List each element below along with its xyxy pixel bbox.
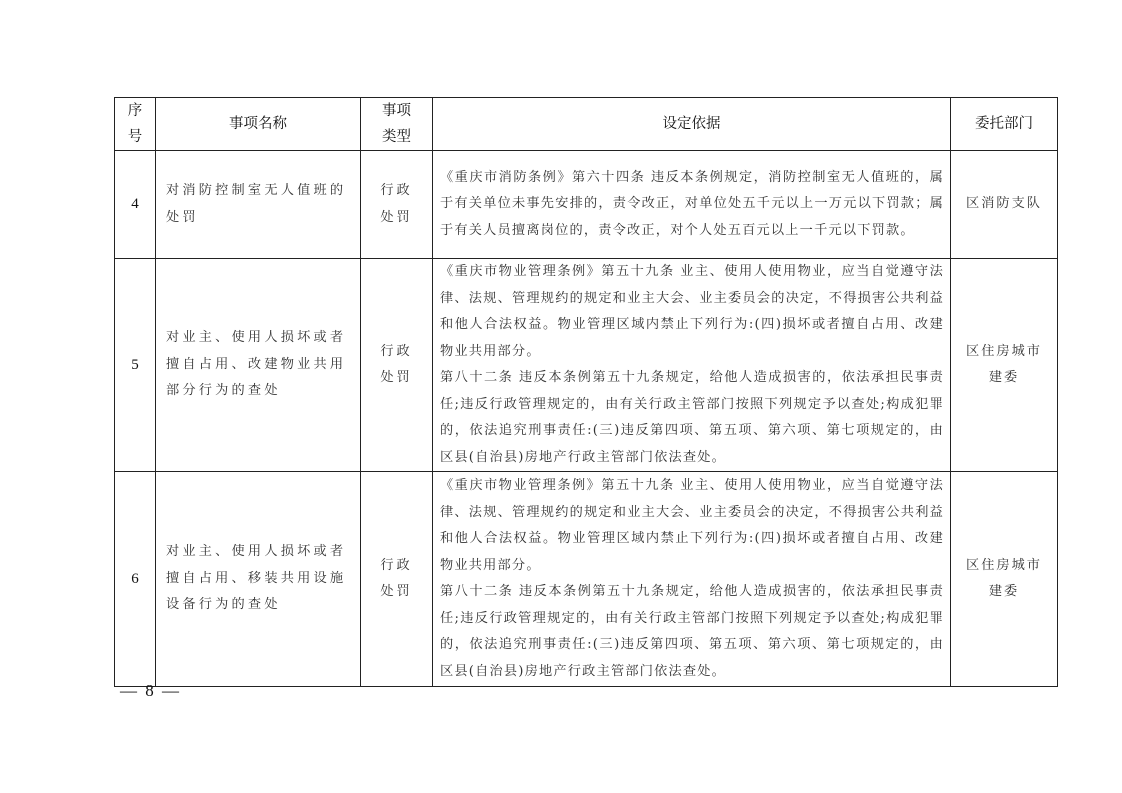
row-basis: 《重庆市消防条例》第六十四条 违反本条例规定，消防控制室无人值班的，属于有关单位… (433, 151, 951, 259)
page-number: — 8 — (120, 681, 181, 701)
items-table: 序 号 事项名称 事项 类型 设定依据 委托部门 4 对消防控制室无人值班的处罚… (114, 97, 1058, 687)
row-dept: 区住房城市 建委 (951, 472, 1058, 687)
row-dept: 区住房城市 建委 (951, 259, 1058, 472)
row-name: 对业主、使用人损坏或者擅自占用、移装共用设施设备行为的查处 (156, 472, 361, 687)
row-name: 对消防控制室无人值班的处罚 (156, 151, 361, 259)
header-dept: 委托部门 (951, 98, 1058, 151)
header-num: 序 号 (115, 98, 156, 151)
row-num: 4 (115, 151, 156, 259)
header-basis: 设定依据 (433, 98, 951, 151)
row-basis: 《重庆市物业管理条例》第五十九条 业主、使用人使用物业，应当自觉遵守法律、法规、… (433, 259, 951, 472)
row-type: 行政 处罚 (361, 259, 433, 472)
row-dept: 区消防支队 (951, 151, 1058, 259)
row-type: 行政 处罚 (361, 151, 433, 259)
header-name: 事项名称 (156, 98, 361, 151)
header-type: 事项 类型 (361, 98, 433, 151)
table-row: 6 对业主、使用人损坏或者擅自占用、移装共用设施设备行为的查处 行政 处罚 《重… (115, 472, 1058, 687)
row-num: 6 (115, 472, 156, 687)
row-num: 5 (115, 259, 156, 472)
table-header-row: 序 号 事项名称 事项 类型 设定依据 委托部门 (115, 98, 1058, 151)
row-name: 对业主、使用人损坏或者擅自占用、改建物业共用部分行为的查处 (156, 259, 361, 472)
table-row: 4 对消防控制室无人值班的处罚 行政 处罚 《重庆市消防条例》第六十四条 违反本… (115, 151, 1058, 259)
row-type: 行政 处罚 (361, 472, 433, 687)
table-row: 5 对业主、使用人损坏或者擅自占用、改建物业共用部分行为的查处 行政 处罚 《重… (115, 259, 1058, 472)
row-basis: 《重庆市物业管理条例》第五十九条 业主、使用人使用物业，应当自觉遵守法律、法规、… (433, 472, 951, 687)
